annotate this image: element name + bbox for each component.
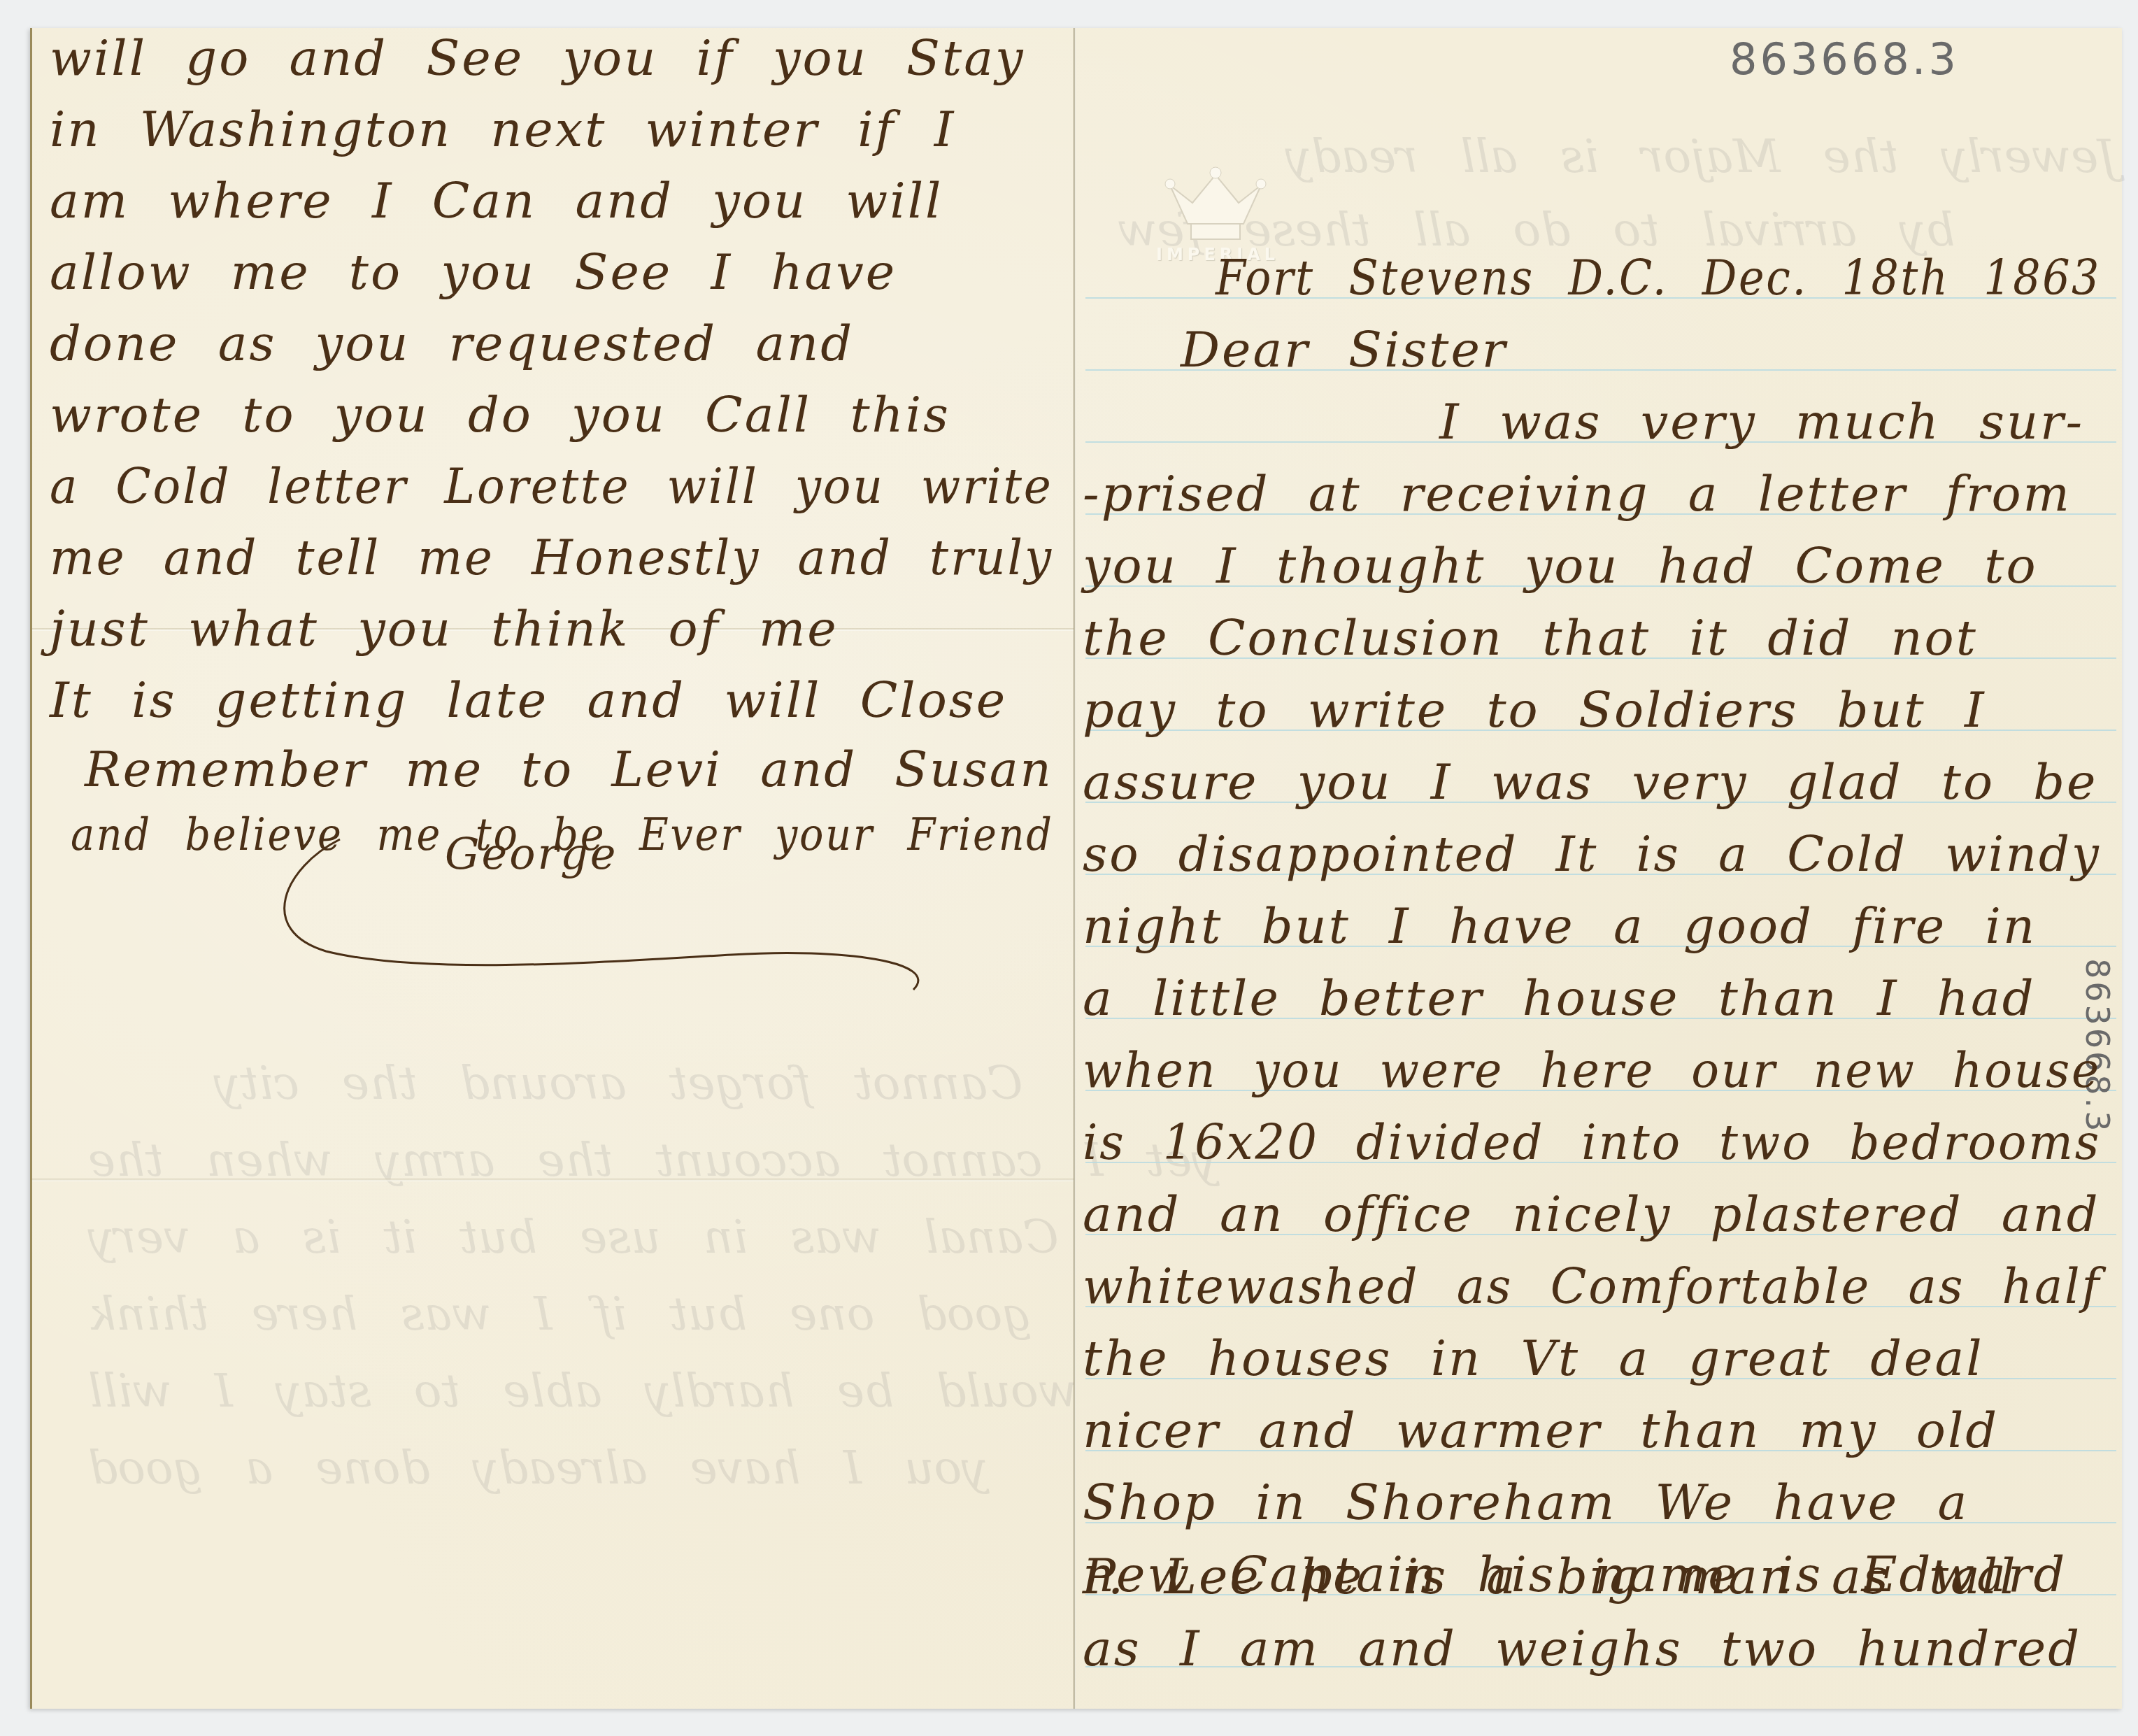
letter-line: you I thought you had Come to [1083,541,2038,590]
letter-line-last: as I am and weighs two hundred [1083,1624,2081,1673]
letter-heading-date: Fort Stevens D.C. Dec. 18th 1863 [1216,253,2101,302]
letter-salutation: Dear Sister [1181,325,1507,374]
letter-line: will go and See you if you Stay [50,34,1025,83]
letter-line: P. Lee he is a big man as tall [1083,1552,2018,1601]
letter-line: night but I have a good fire in [1083,902,2037,951]
letter-line: -prised at receiving a letter from [1083,469,2072,518]
letter-line: Remember me to Levi and Susan [85,745,1053,794]
letter-line: when you were here our new house [1083,1046,2101,1095]
letter-line: assure you I was very glad to be [1083,757,2098,806]
bleed-through-text: Cannot forget around the city [214,1056,1022,1110]
bleed-through-text: Jewerly the Major is all ready [1285,129,2117,183]
letter-line: is 16x20 divided into two bedrooms [1083,1118,2101,1167]
letter-line: nicer and warmer than my old [1083,1406,1999,1455]
letter-line: am where I Can and you will [50,176,943,225]
letter-line: It is getting late and will Close [50,676,1007,725]
letter-line: pay to write to Soldiers but I [1083,685,1986,734]
bleed-through-text: would be hardly able to stay I will [88,1364,1078,1418]
letter-line: the Conclusion that it did not [1083,613,1978,662]
letter-line: allow me to you See I have [50,248,897,297]
letter-line: so disappointed It is a Cold windy [1083,830,2101,878]
letter-line: Shop in Shoreham We have a [1083,1478,1969,1527]
letter-line: me and tell me Honestly and truly [50,533,1053,582]
letter-line: wrote to you do you Call this [50,390,950,439]
right-page: Jewerly the Major is all ready by arriva… [1076,28,2122,1709]
letter-line: just what you think of me [50,604,839,653]
letter-line: a little better house than I had [1083,974,2035,1023]
letter-line: and an office nicely plastered and [1083,1190,2100,1239]
letter-line: whitewashed as Comfortable as half [1083,1262,2102,1311]
bleed-through-text: Canal was in use but it is a very [88,1210,1059,1264]
letter-line: done as you requested and [50,319,854,368]
letter-line: a Cold letter Lorette will you write [50,462,1053,511]
letter-line: in Washington next winter if I [50,105,955,154]
letter-line: the houses in Vt a great deal [1083,1334,1984,1383]
signature: George [445,832,618,876]
left-page: Cannot forget around the city yet I cann… [32,28,1074,1709]
catalog-number: 863668.3 [1730,34,1959,85]
letter-line: I was very much sur- [1439,397,2084,446]
bleed-through-text: good one but if I was here think [88,1287,1032,1341]
letter-sheet: Cannot forget around the city yet I cann… [30,28,2122,1709]
crown-icon [1156,157,1275,248]
horizontal-fold-crease [32,1179,1074,1181]
bleed-through-text: you I have already done a good [88,1441,988,1495]
